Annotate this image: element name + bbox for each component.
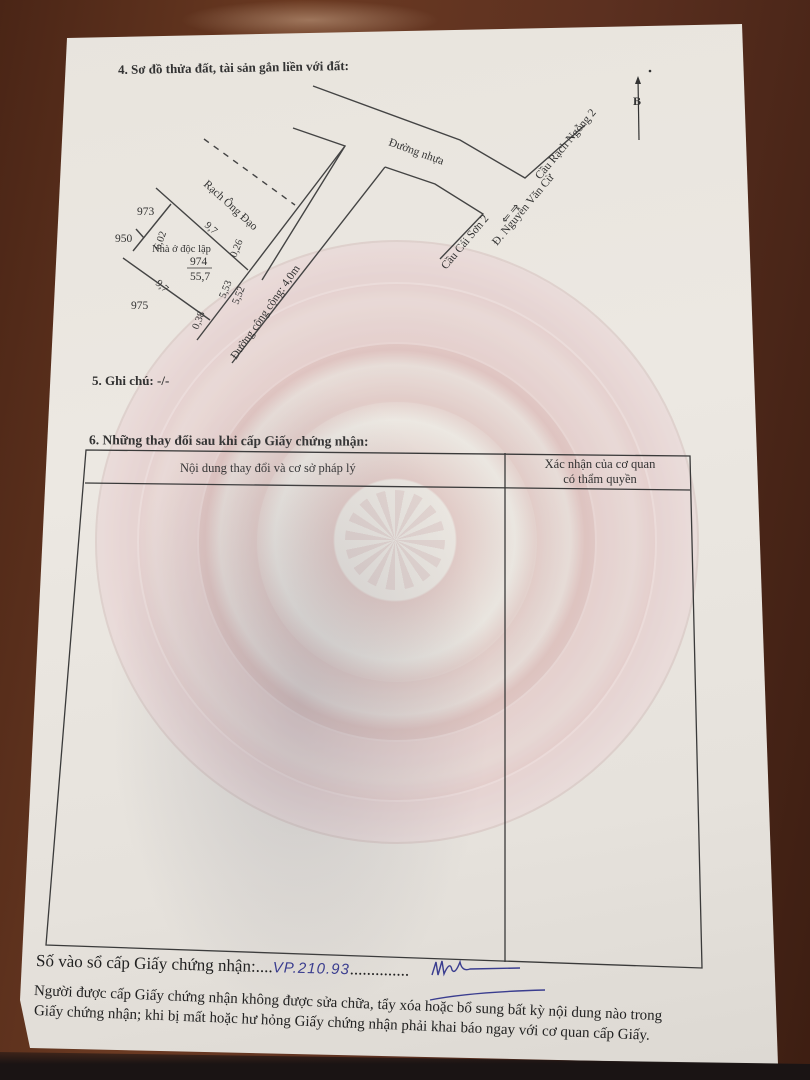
signature-underline — [430, 990, 545, 1000]
signature-stroke — [432, 961, 520, 975]
signature — [0, 0, 810, 1080]
